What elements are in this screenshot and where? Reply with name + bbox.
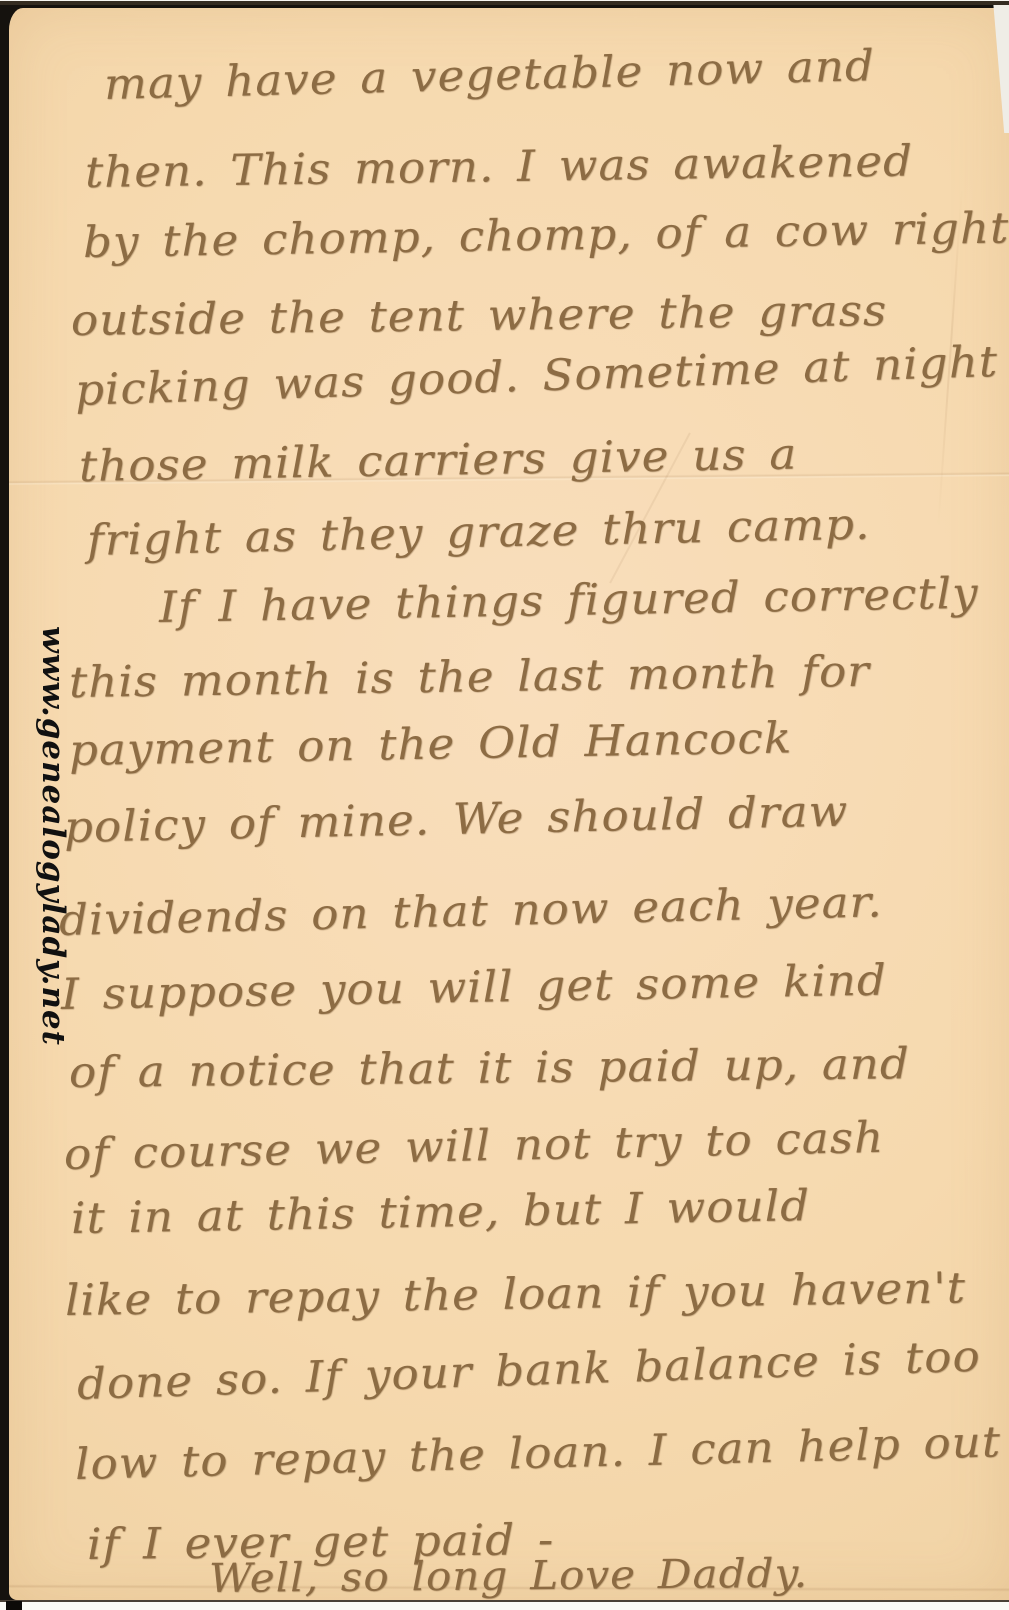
letter-line: done so. If your bank balance is too xyxy=(76,1332,981,1410)
letter-line: fright as they graze thru camp. xyxy=(86,500,870,566)
scanned-letter-page: www.genealogylady.net may have a vegetab… xyxy=(0,0,1009,1610)
letter-line: of a notice that it is paid up, and xyxy=(69,1039,910,1098)
letter-line: payment on the Old Hancock xyxy=(69,713,793,776)
letter-line: may have a vegetable now and xyxy=(103,41,875,110)
letter-line: of course we will not try to cash xyxy=(63,1113,884,1180)
letter-line: it in at this time, but I would xyxy=(71,1181,811,1244)
letter-line: this month is the last month for xyxy=(69,647,871,708)
letter-line: picking was good. Sometime at night xyxy=(74,337,999,416)
letter-signature: Well, so long Love Daddy. xyxy=(209,1551,808,1600)
scanner-notch-bottom-left xyxy=(6,1601,22,1610)
letter-line: policy of mine. We should draw xyxy=(63,787,848,853)
letter-line: those milk carriers give us a xyxy=(79,429,798,492)
scanner-edge-top xyxy=(0,0,1009,5)
letter-paper: www.genealogylady.net may have a vegetab… xyxy=(9,8,1009,1600)
scanner-edge-bottom xyxy=(0,1600,1009,1610)
letter-line: I suppose you will get some kind xyxy=(61,956,888,1020)
letter-line: low to repay the loan. I can help out xyxy=(74,1417,1001,1490)
letter-line: outside the tent where the grass xyxy=(71,286,888,346)
letter-line: like to repay the loan if you haven't xyxy=(65,1263,967,1326)
letter-line: dividends on that now each year. xyxy=(58,877,883,946)
letter-line: then. This morn. I was awakened xyxy=(85,136,914,198)
letter-line: by the chomp, chomp, of a cow right xyxy=(83,203,1009,268)
letter-line: If I have things figured correctly xyxy=(159,569,979,633)
